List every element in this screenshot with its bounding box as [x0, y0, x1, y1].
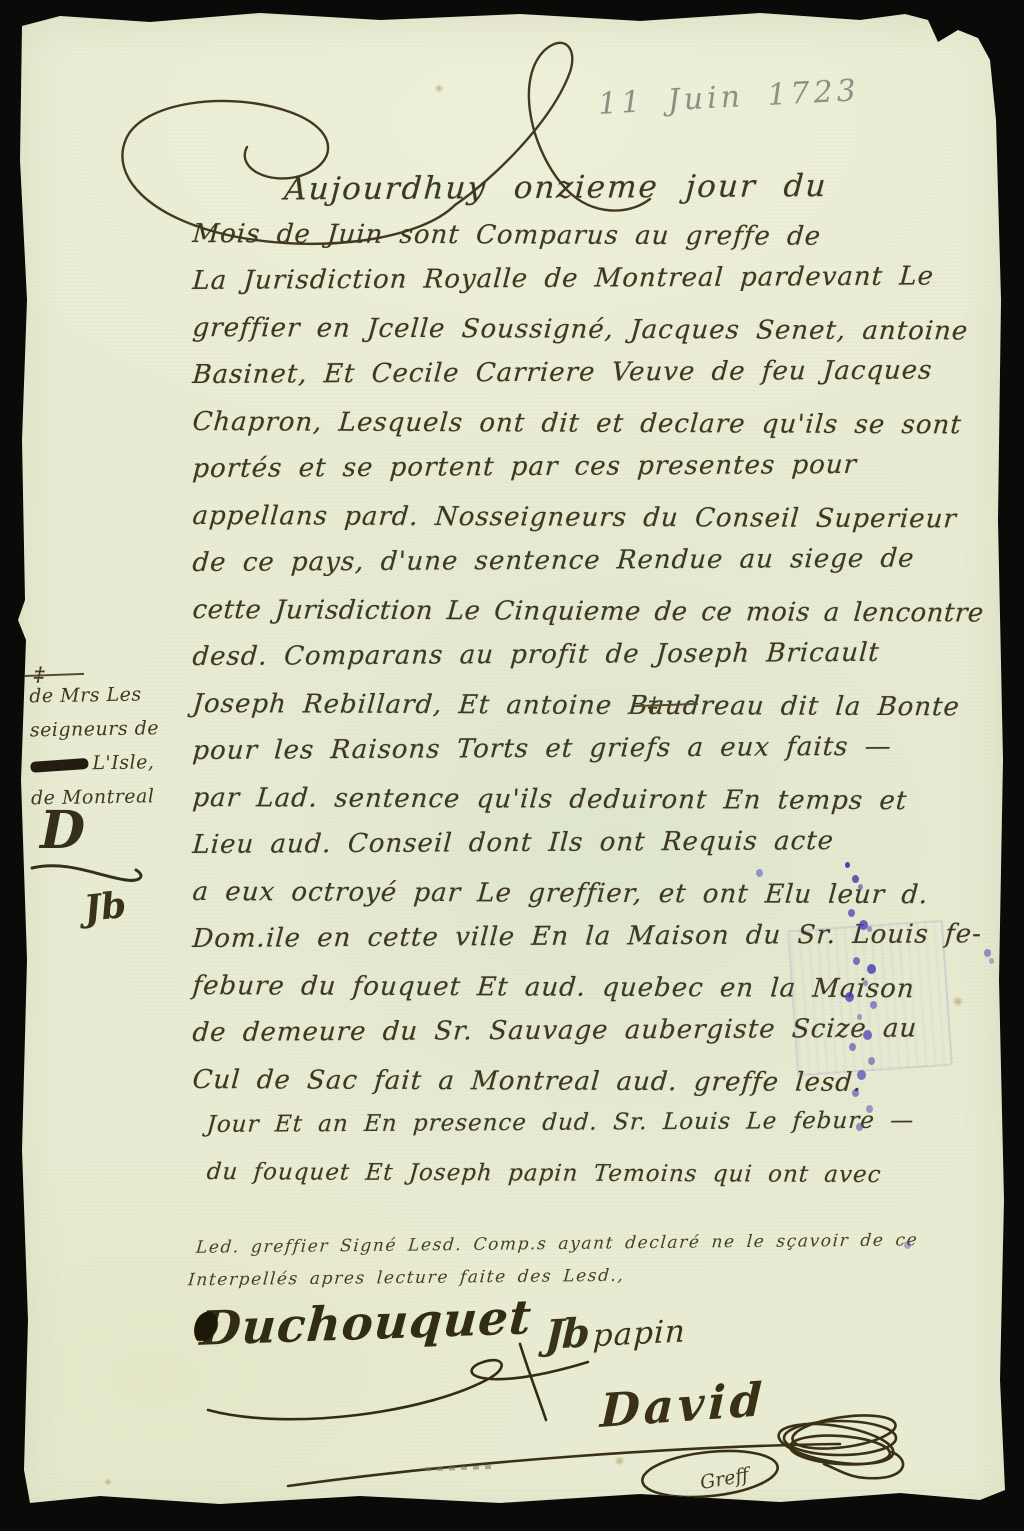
manuscript-paper: 11 Juin 1723 Aujourdhuy onzieme jour du … — [0, 0, 1024, 1531]
manuscript-line: de ce pays, d'une sentence Rendue au sie… — [191, 543, 994, 595]
closing-line: Led. greffier Signé Lesd. Comp.s ayant d… — [195, 1230, 919, 1258]
manuscript-line: Jour Et an En presence dud. Sr. Louis Le… — [191, 1107, 994, 1159]
manuscript-line: Lieu aud. Conseil dont Ils ont Requis ac… — [191, 825, 994, 877]
margin-note: de Mrs Les seigneurs de L'Isle, de Montr… — [29, 657, 192, 822]
signature-witness-name: papin — [592, 1313, 686, 1354]
signature-witness: Jb papin — [544, 1304, 687, 1359]
margin-note-line: L'Isle, — [30, 751, 191, 788]
margin-note-line: seigneurs de — [30, 717, 191, 754]
manuscript-line: du fouquet Et Joseph papin Temoins qui o… — [190, 1159, 993, 1209]
manuscript-line: desd. Comparans au profit de Joseph Bric… — [191, 637, 994, 689]
manuscript-line: La Jurisdiction Royalle de Montreal pard… — [191, 261, 994, 313]
insertion-renvoi-mark: ‡ — [648, 692, 658, 716]
manuscript-line: portés et se portent par ces presentes p… — [191, 449, 994, 501]
signature-judge-flourish — [280, 1400, 940, 1520]
archive-stamp-ghost — [787, 920, 953, 1077]
ink-blot — [30, 757, 89, 772]
margin-note-line-text: L'Isle, — [92, 751, 154, 774]
archive-stamp-ink-specks — [845, 862, 850, 868]
margin-initials: Jb — [82, 884, 128, 930]
closing-line: Interpellés apres lecture faite des Lesd… — [187, 1266, 625, 1291]
signature-witness-monogram: Jb — [544, 1309, 588, 1358]
scanned-document: 11 Juin 1723 Aujourdhuy onzieme jour du … — [0, 0, 1024, 1531]
margin-note-line: de Mrs Les — [29, 683, 190, 720]
manuscript-line: Aujourdhuy onzieme jour du — [191, 167, 994, 219]
manuscript-line: Basinet, Et Cecile Carriere Veuve de feu… — [191, 355, 994, 407]
manuscript-line: pour les Raisons Torts et griefs a eux f… — [191, 731, 994, 783]
paper-stain — [104, 1478, 112, 1486]
margin-paraph-flourish — [28, 850, 168, 890]
